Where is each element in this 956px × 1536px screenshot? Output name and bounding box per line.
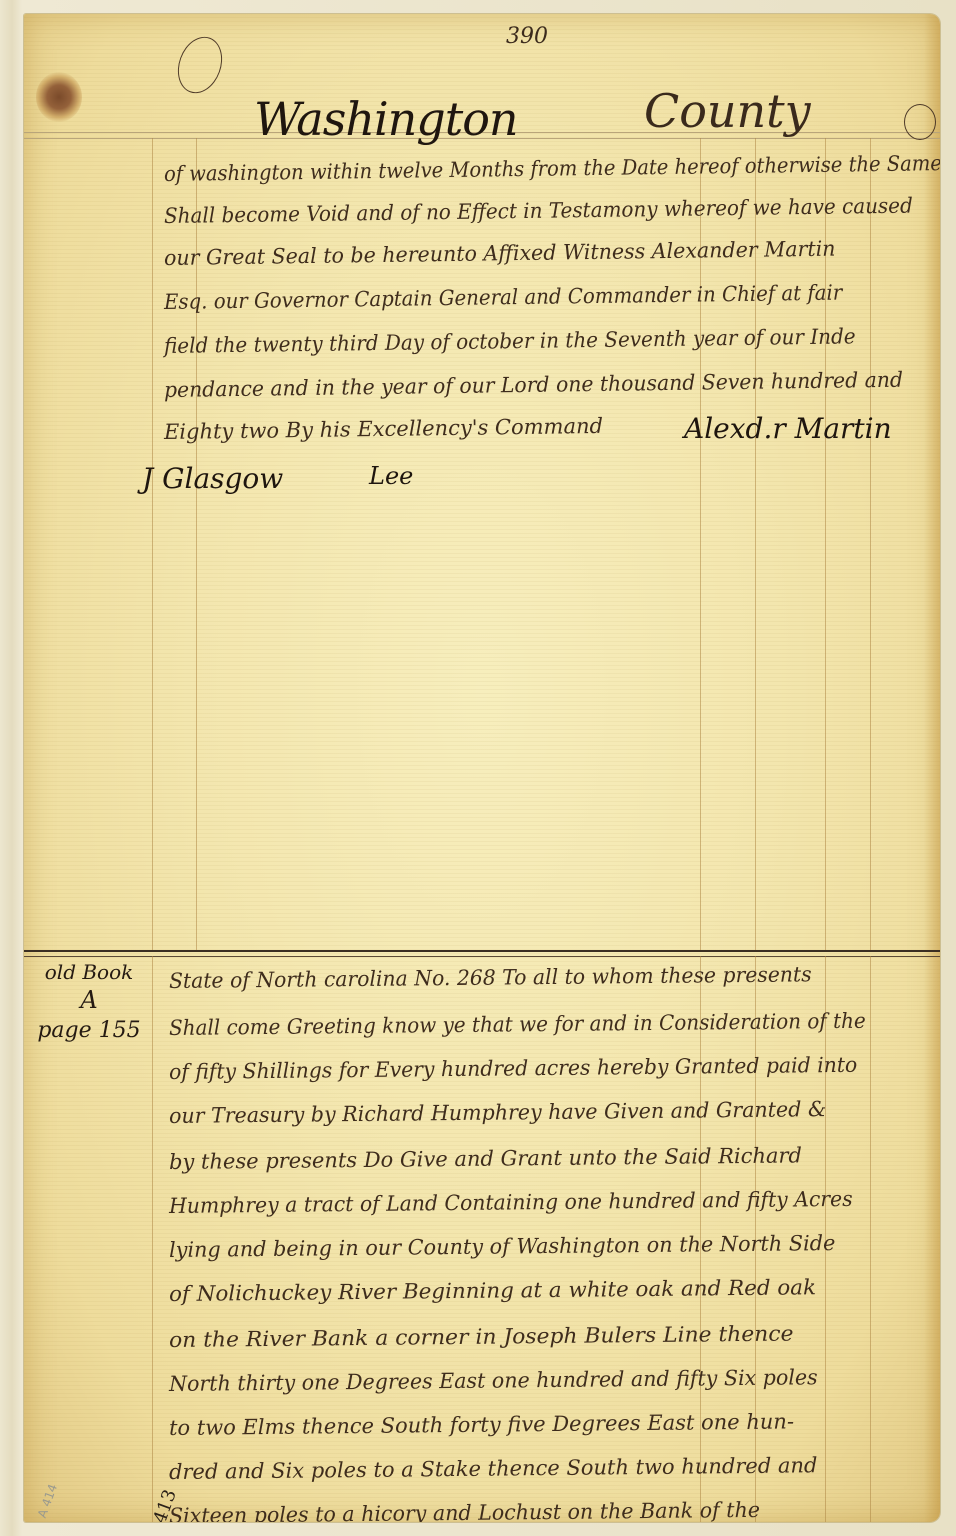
text-line: State of North carolina No. 268 To all t… (169, 962, 812, 993)
margin-note-page: page 155 (30, 1018, 148, 1043)
text-line: Humphrey a tract of Land Containing one … (169, 1187, 853, 1218)
column-rule-b4 (870, 956, 871, 1522)
margin-note-book: old Book (30, 960, 148, 984)
text-line: Shall become Void and of no Effect in Te… (164, 194, 913, 228)
text-line: pendance and in the year of our Lord one… (164, 368, 903, 402)
signature-governor: Alexd.r Martin (684, 412, 892, 445)
text-line: Shall come Greeting know ye that we for … (169, 1009, 866, 1040)
document-scan: 390 Washington County of washington with… (0, 0, 956, 1536)
text-line: Eighty two By his Excellency's Command (164, 414, 603, 444)
text-line: North thirty one Degrees East one hundre… (169, 1365, 818, 1396)
signature-other: Lee (369, 462, 413, 490)
margin-rule-bottom (152, 956, 153, 1522)
header-county-label: County (644, 84, 811, 138)
text-line: by these presents Do Give and Grant unto… (169, 1143, 802, 1174)
margin-rule (152, 138, 153, 950)
column-rule-4 (870, 138, 871, 950)
ink-stain (36, 72, 82, 122)
text-line: our Great Seal to be hereunto Affixed Wi… (164, 237, 836, 270)
text-line: dred and Six poles to a Stake thence Sou… (169, 1453, 818, 1484)
section-divider-2 (24, 956, 940, 957)
text-line: Esq. our Governor Captain General and Co… (164, 281, 843, 314)
text-line: of washington within twelve Months from … (164, 151, 940, 186)
section-divider (24, 950, 940, 952)
header-county-name: Washington (254, 92, 518, 146)
flourish-ornament-right (904, 104, 936, 140)
page-number: 390 (506, 24, 548, 49)
margin-note-volume: A (30, 986, 148, 1014)
text-line: field the twenty third Day of october in… (164, 324, 856, 358)
text-line: lying and being in our County of Washing… (169, 1231, 836, 1262)
text-line: Sixteen poles to a hicory and Lochust on… (169, 1498, 760, 1522)
flourish-ornament-left (170, 31, 229, 100)
text-line: our Treasury by Richard Humphrey have Gi… (169, 1097, 826, 1128)
ledger-page: 390 Washington County of washington with… (24, 14, 940, 1522)
signature-secretary: J Glasgow (142, 462, 283, 495)
page-edge-shadow (924, 14, 940, 1522)
pencil-annotation: A 414 (35, 1482, 60, 1520)
text-line: of Nolichuckey River Beginning at a whit… (169, 1275, 816, 1306)
